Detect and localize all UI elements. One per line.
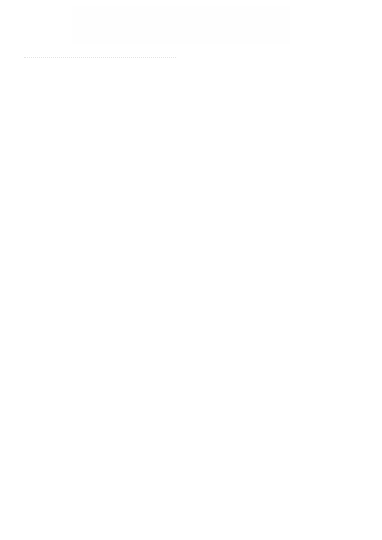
- blank-header-area: [72, 6, 290, 44]
- dotted-divider: [24, 57, 176, 58]
- worksheet-page: [0, 0, 382, 540]
